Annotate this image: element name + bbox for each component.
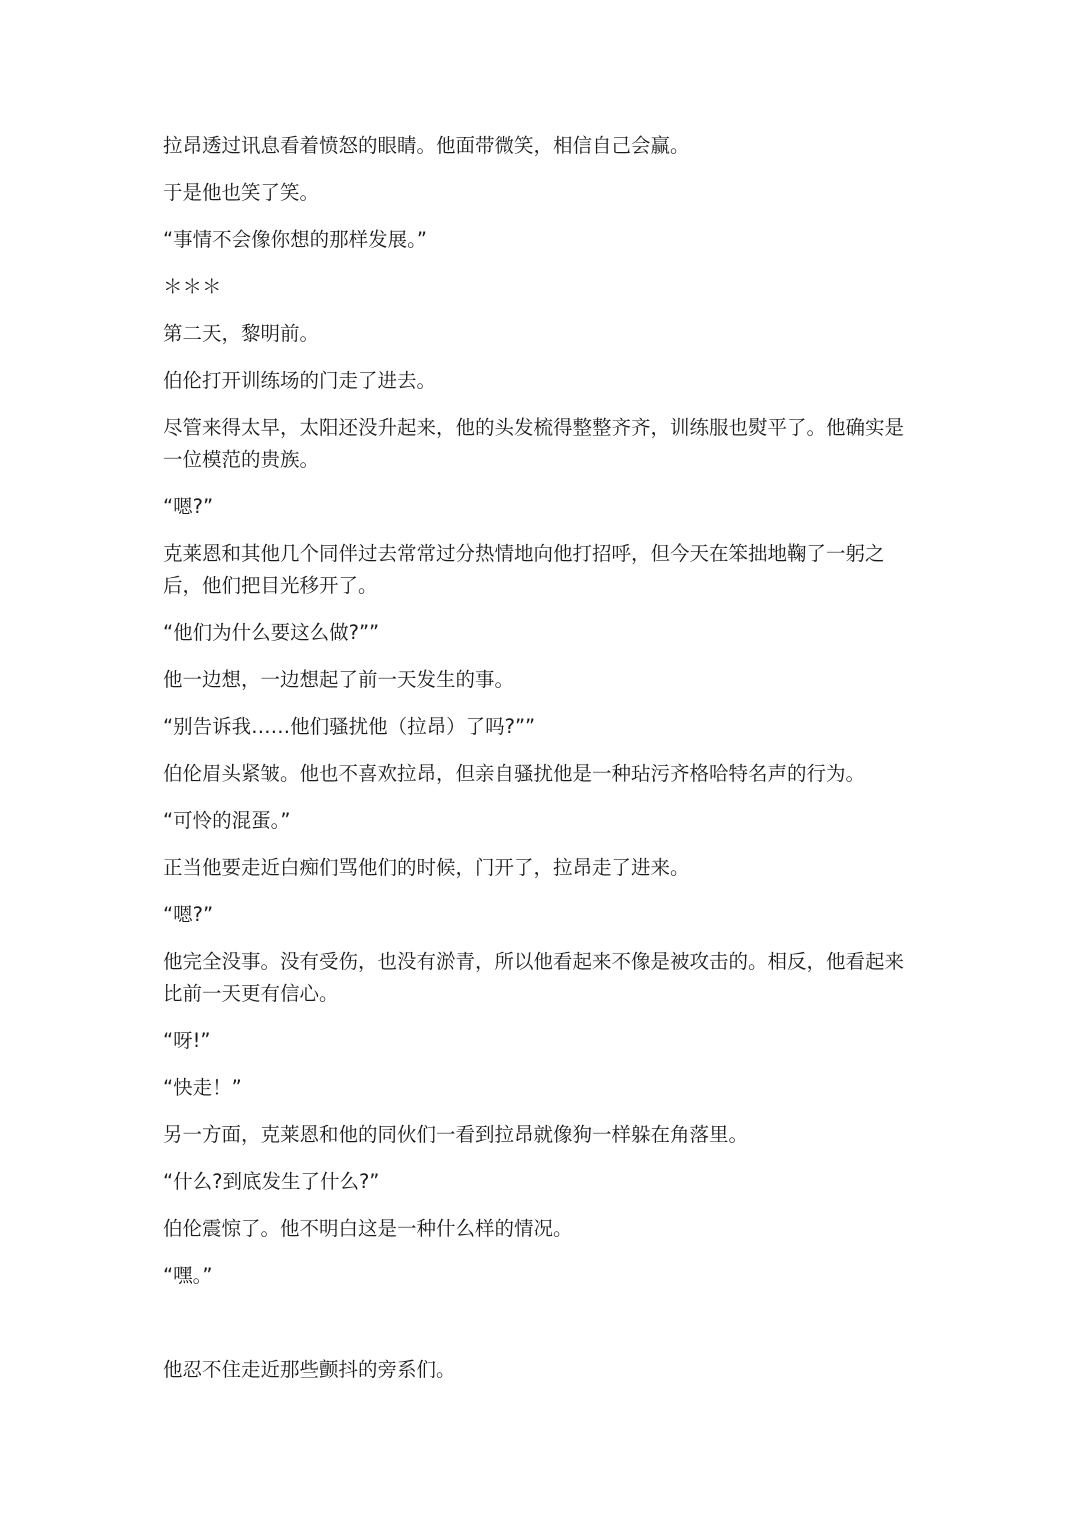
paragraph-11: 他一边想，一边想起了前一天发生的事。 xyxy=(163,664,923,696)
paragraph-16: “嗯?” xyxy=(163,899,923,931)
paragraph-6: 伯伦打开训练场的门走了进去。 xyxy=(163,365,923,397)
paragraph-9: 克莱恩和其他几个同伴过去常常过分热情地向他打招呼，但今天在笨拙地鞠了一躬之后，他… xyxy=(163,538,923,602)
scene-break: ＊＊＊ xyxy=(163,271,923,303)
paragraph-13: 伯伦眉头紧皱。他也不喜欢拉昂，但亲自骚扰他是一种玷污齐格哈特名声的行为。 xyxy=(163,758,923,790)
paragraph-23: “嘿。” xyxy=(163,1260,923,1292)
paragraph-24: 他忍不住走近那些颤抖的旁系们。 xyxy=(163,1354,923,1386)
paragraph-3: “事情不会像你想的那样发展。” xyxy=(163,224,923,256)
paragraph-21: “什么?到底发生了什么?” xyxy=(163,1166,923,1198)
paragraph-14: “可怜的混蛋。” xyxy=(163,805,923,837)
paragraph-8: “嗯?” xyxy=(163,491,923,523)
paragraph-7: 尽管来得太早，太阳还没升起来，他的头发梳得整整齐齐，训练服也熨平了。他确实是一位… xyxy=(163,412,923,476)
paragraph-1: 拉昂透过讯息看着愤怒的眼睛。他面带微笑，相信自己会赢。 xyxy=(163,130,923,162)
paragraph-12: “别告诉我……他们骚扰他（拉昂）了吗?”” xyxy=(163,711,923,743)
paragraph-20: 另一方面，克莱恩和他的同伙们一看到拉昂就像狗一样躲在角落里。 xyxy=(163,1119,923,1151)
paragraph-17: 他完全没事。没有受伤，也没有淤青，所以他看起来不像是被攻击的。相反，他看起来比前… xyxy=(163,946,923,1010)
paragraph-18: “呀!” xyxy=(163,1025,923,1057)
paragraph-2: 于是他也笑了笑。 xyxy=(163,177,923,209)
paragraph-19: “快走！” xyxy=(163,1072,923,1104)
paragraph-5: 第二天，黎明前。 xyxy=(163,318,923,350)
paragraph-22: 伯伦震惊了。他不明白这是一种什么样的情况。 xyxy=(163,1213,923,1245)
paragraph-15: 正当他要走近白痴们骂他们的时候，门开了，拉昂走了进来。 xyxy=(163,852,923,884)
paragraph-10: “他们为什么要这么做?”” xyxy=(163,617,923,649)
